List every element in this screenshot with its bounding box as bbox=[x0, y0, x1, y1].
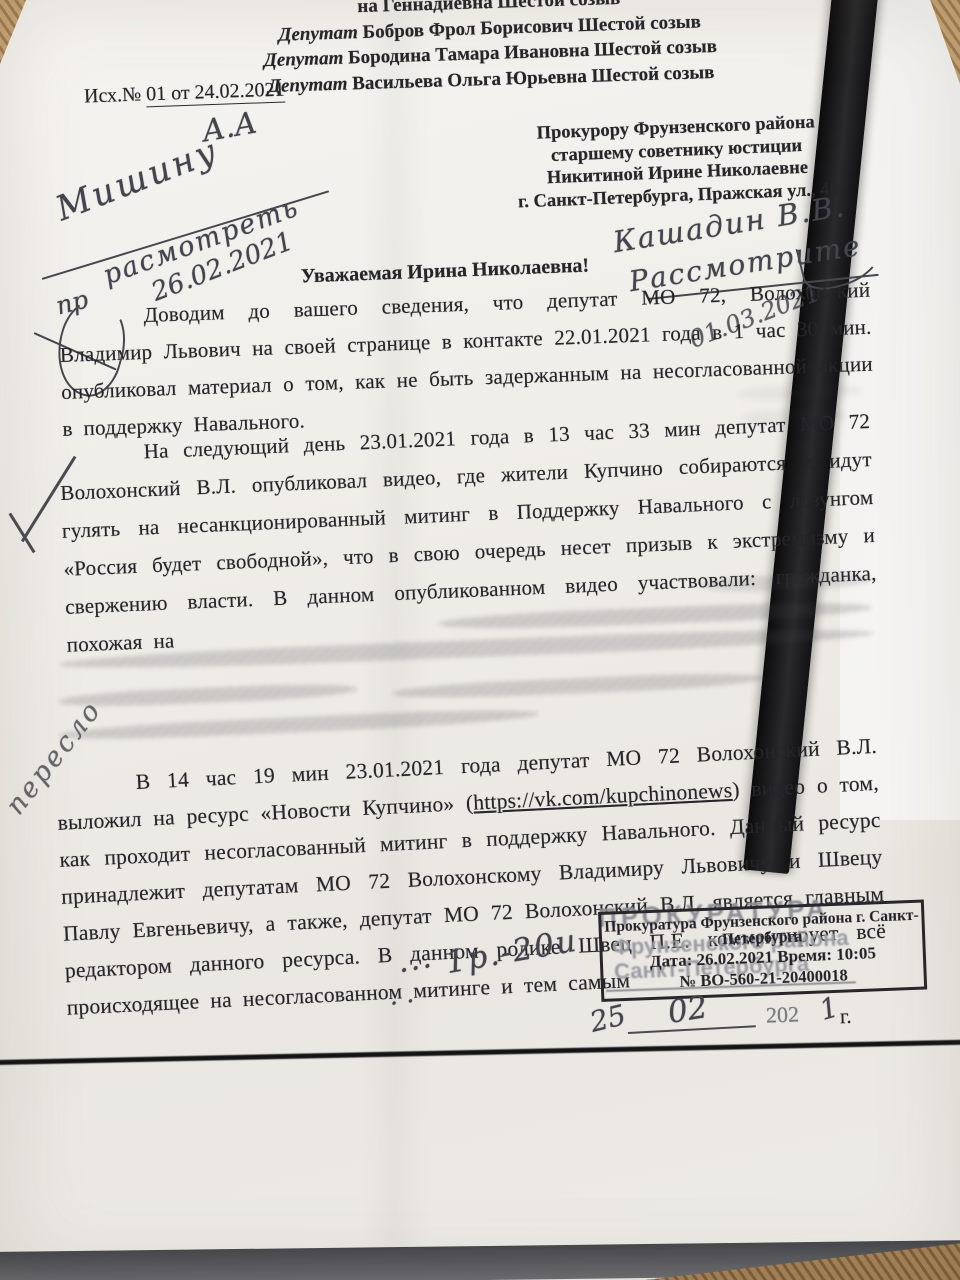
footer-rule bbox=[0, 1040, 960, 1065]
deputy-prefix: Депутат bbox=[264, 48, 344, 71]
vk-link-text: https://vk.com/kupchinonews bbox=[473, 778, 733, 815]
outgoing-number-value: 01 от 24.02.2021 bbox=[146, 79, 285, 108]
outgoing-number: Исх.№ 01 от 24.02.2021 bbox=[84, 79, 285, 109]
outgoing-number-label: Исх.№ bbox=[84, 83, 147, 107]
photographed-document: на Геннадиевна Шестой созыв Депутат Бобр… bbox=[0, 0, 960, 1280]
registration-stamp: Прокуратура Фрунзенского района г. Санкт… bbox=[598, 899, 927, 1001]
handwritten-name: Мишину bbox=[51, 131, 225, 230]
redacted-text-blur bbox=[58, 681, 358, 709]
handwritten-dots: · · bbox=[388, 986, 417, 1019]
stamp-year-suffix: г. bbox=[840, 1004, 852, 1029]
stamp-year-prefix: 202 bbox=[766, 1001, 800, 1028]
checkmark-stroke bbox=[9, 513, 36, 553]
handwritten-year-digit: 1 bbox=[816, 990, 842, 1027]
redacted-text-blur bbox=[392, 670, 764, 701]
handwritten-day: 25 bbox=[587, 998, 630, 1039]
table-surface-top-left bbox=[0, 0, 26, 64]
deputy-prefix: Депутат bbox=[278, 22, 358, 45]
redacted-text-blur bbox=[58, 706, 540, 743]
handwritten-month: 02 bbox=[665, 989, 710, 1031]
